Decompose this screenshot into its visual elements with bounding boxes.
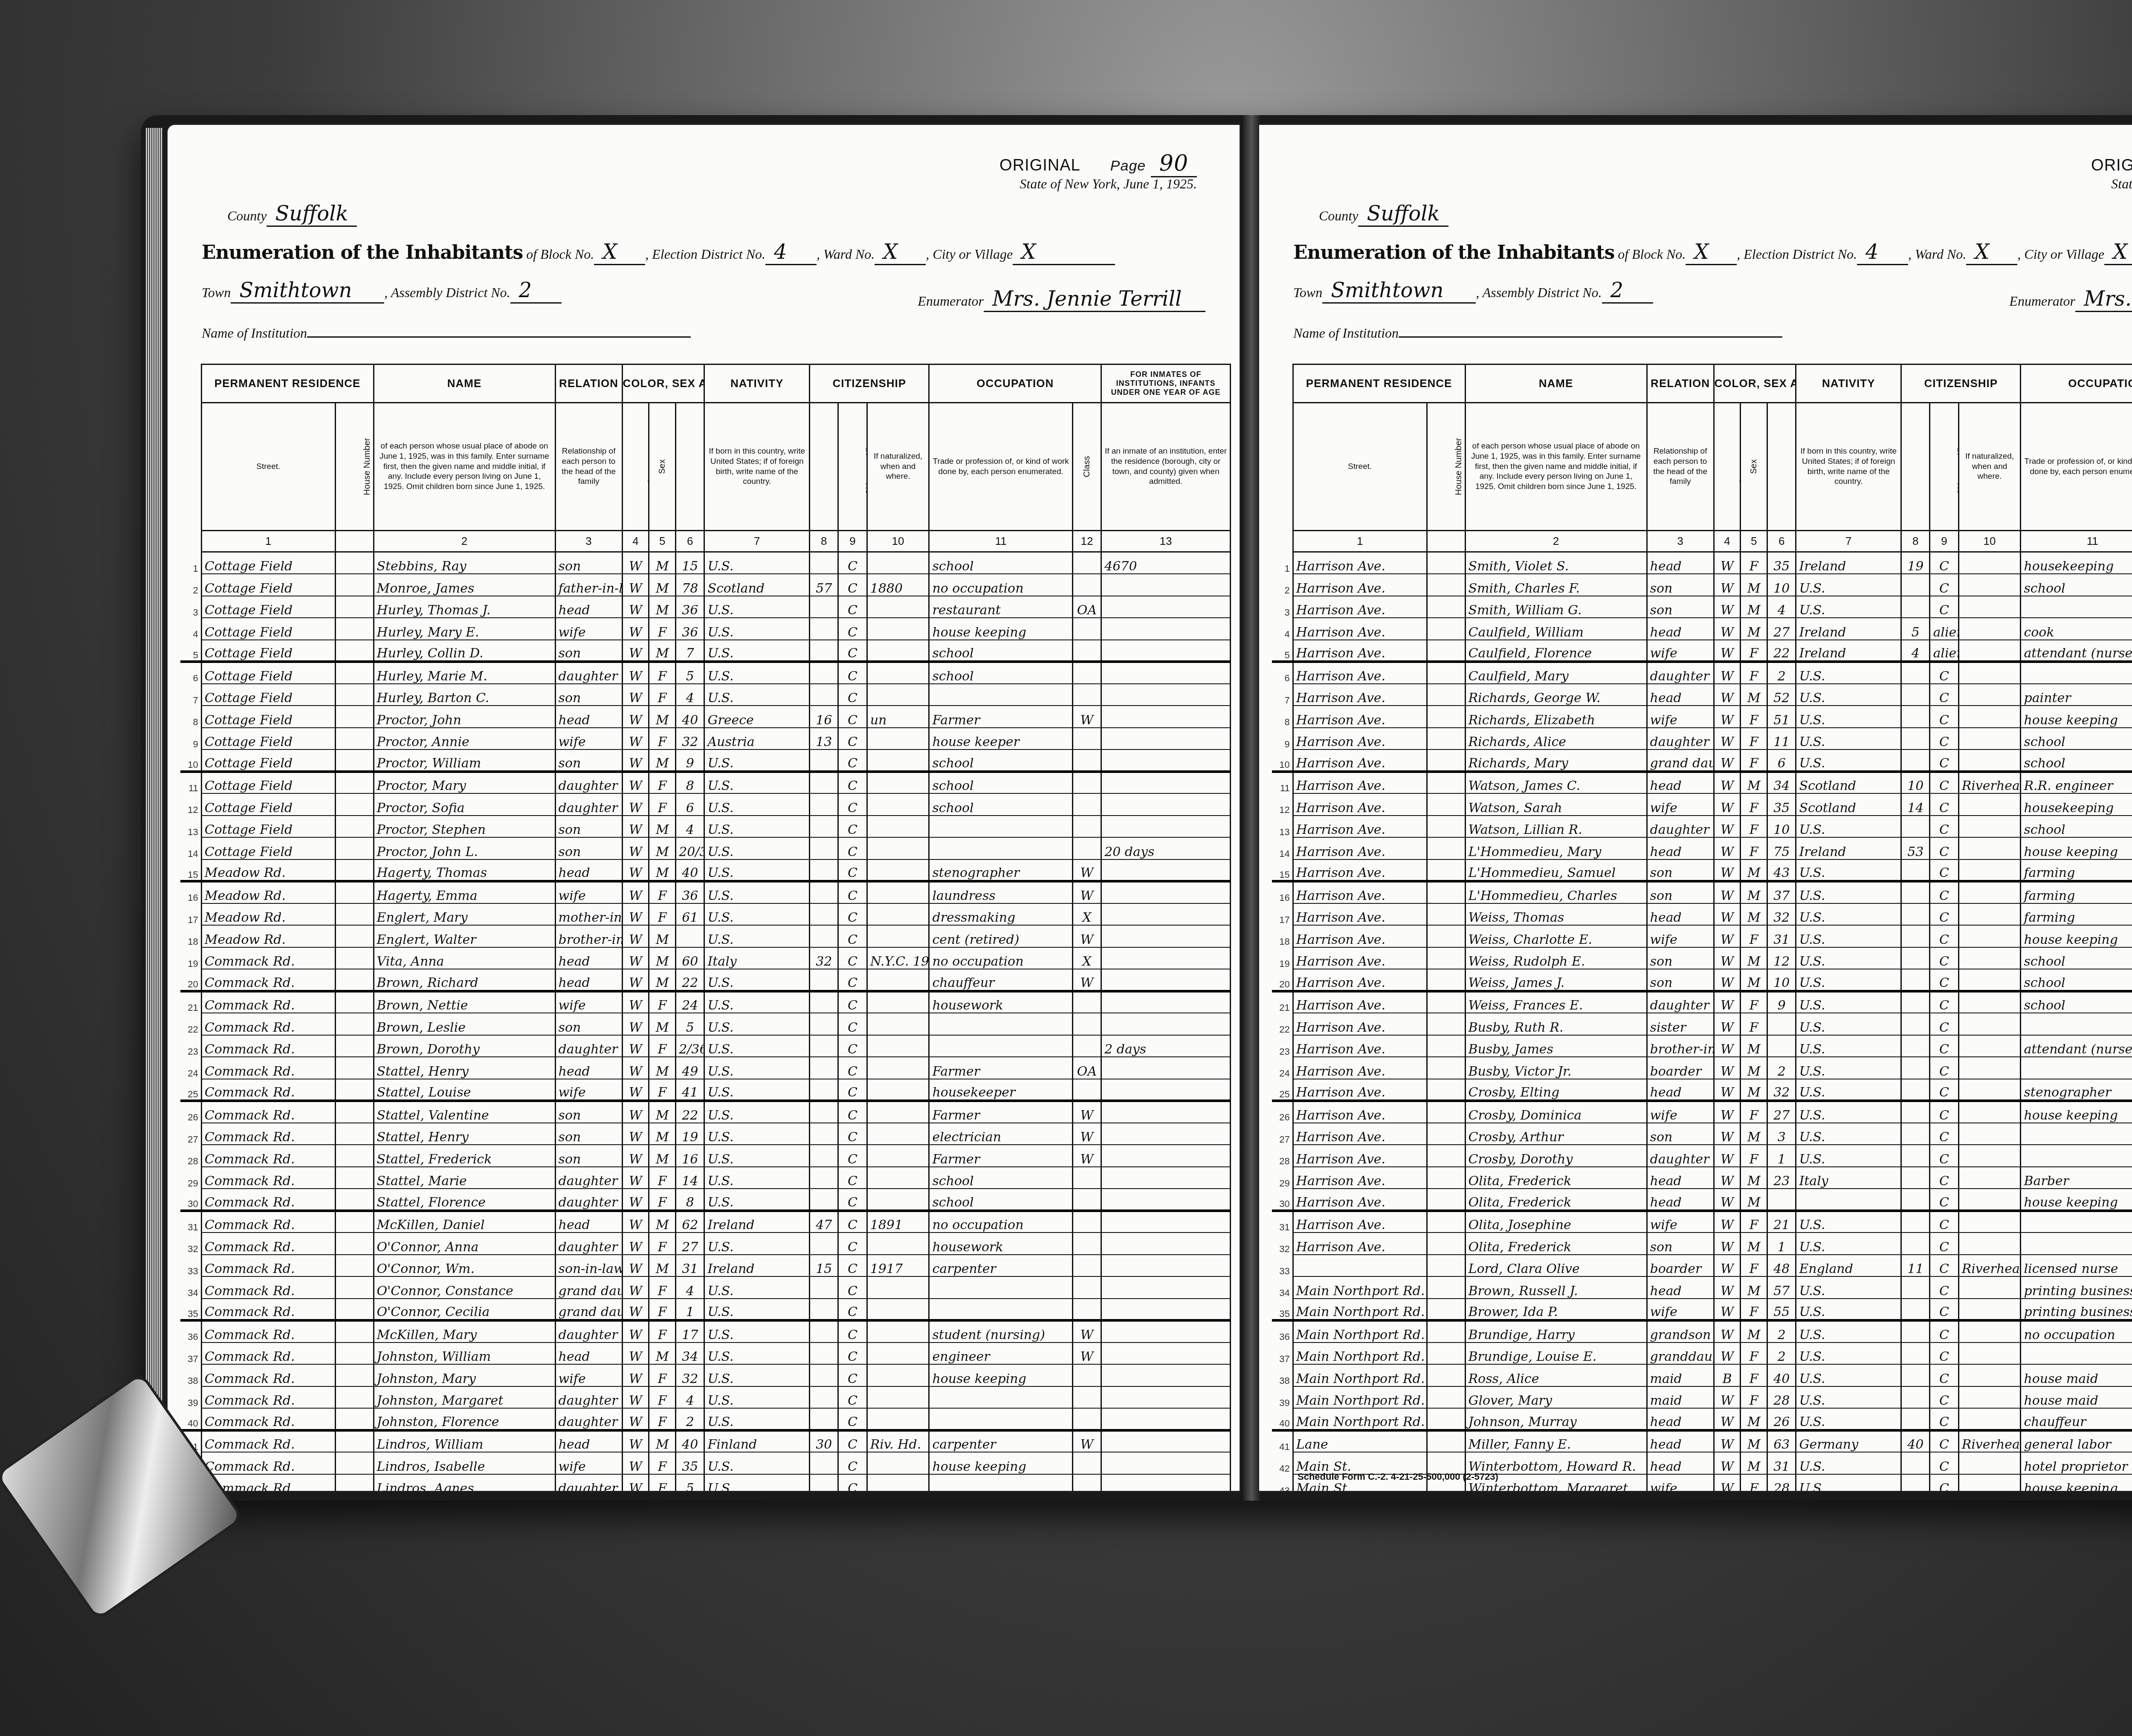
cell-nat-when [867,728,929,750]
cell-color: W [622,1299,649,1321]
cell-house [335,749,374,772]
cell-cit: C [1930,1343,1958,1365]
cell-yrs [810,1364,838,1386]
cell-cls [1072,1189,1101,1211]
census-row: 3Harrison Ave.Smith, William G.sonWM4U.S… [1272,596,2132,618]
cell-sex: M [1741,1057,1767,1079]
cell-street: Cottage Field [201,684,335,706]
cell-house [335,1474,374,1493]
cell-occ: Farmer [929,1057,1072,1079]
cell-age: 75 [1767,837,1796,859]
cell-nat: U.S. [1796,1233,1901,1255]
cell-cit: C [1930,969,1958,991]
cell-rel: wife [555,991,622,1013]
cell-nat-when [1958,859,2021,882]
cell-yrs: 14 [1901,793,1930,816]
cell-sex: F [1741,1299,1767,1321]
cell-age: 2/365 [676,1035,704,1057]
cell-yrs [1901,1057,1930,1079]
cell-name: Caulfield, Mary [1465,662,1647,684]
cell-age [1767,1035,1796,1057]
cell-color: B [1714,1364,1741,1386]
cell-occ: school [929,749,1072,772]
cell-color: W [1714,1430,1741,1452]
cell-rel: boarder [1647,1255,1714,1277]
cell-house [335,662,374,684]
column-number: 13 [1101,531,1231,552]
cell-street: Main Northport Rd. [1293,1408,1427,1430]
cell-sex: M [1741,1320,1767,1343]
line-number: 24 [180,1057,201,1079]
line-number: 6 [180,662,201,684]
cell-nat-when [867,1299,929,1321]
cell-house [1427,596,1465,618]
census-row: 42Commack Rd.Lindros, IsabellewifeWF35U.… [180,1452,1231,1474]
line-number: 29 [180,1167,201,1189]
cell-sex: F [1741,706,1767,728]
cell-color: W [1714,793,1741,816]
cell-yrs [810,684,838,706]
cell-sex: M [649,640,676,662]
cell-color: W [1714,1255,1741,1277]
col-sex: Sex [1741,403,1767,531]
census-row: 23Harrison Ave.Busby, Jamesbrother-in-la… [1272,1035,2132,1057]
cell-name: Weiss, Rudolph E. [1465,947,1647,969]
col-age: Age at last birthday [676,403,704,531]
cell-rel: daughter [1647,816,1714,838]
cell-age: 7 [676,640,704,662]
cell-cls [1072,793,1101,816]
cell-name: Glover, Mary [1465,1386,1647,1409]
cell-age: 49 [676,1057,704,1079]
cell-color: W [1714,596,1741,618]
cell-house [335,1343,374,1365]
cell-name: Lord, Clara Olive [1465,1255,1647,1277]
cell-street: Commack Rd. [201,1035,335,1057]
cell-yrs [1901,859,1930,882]
census-row: 12Harrison Ave.Watson, SarahwifeWF35Scot… [1272,793,2132,816]
cell-rel: son [1647,596,1714,618]
town-field: TownSmithtown, Assembly District No.2 [1293,278,1653,304]
cell-color: W [1714,1145,1741,1167]
cell-rel: son [555,1101,622,1123]
cell-name: Weiss, Charlotte E. [1465,925,1647,947]
cell-color: W [1714,662,1741,684]
cell-nat-when [1958,1299,2021,1321]
cell-rel: brother-in-law [1647,1035,1714,1057]
cell-cls [1072,772,1101,794]
cell-color: W [622,640,649,662]
cell-occ: school [929,1189,1072,1211]
cell-name: Proctor, John [374,706,555,728]
cell-age: 31 [676,1255,704,1277]
cell-occ [2021,1343,2132,1365]
cell-name: Watson, James C. [1465,772,1647,794]
cell-name: Richards, Elizabeth [1465,706,1647,728]
cell-occ: Farmer [929,1101,1072,1123]
cell-occ: school [929,640,1072,662]
census-row: 39Commack Rd.Johnston, MargaretdaughterW… [180,1386,1231,1409]
cell-cls [1072,574,1101,596]
cell-occ: school [2021,574,2132,596]
cell-age: 23 [1767,1167,1796,1189]
cell-street: Commack Rd. [201,947,335,969]
cell-name: Proctor, Mary [374,772,555,794]
cell-sex: F [649,1474,676,1493]
line-number: 17 [180,903,201,926]
column-number: 2 [1465,531,1647,552]
col-institution: FOR INMATES OF INSTITUTIONS, INFANTS UND… [1101,365,1231,403]
line-number: 8 [1272,706,1293,728]
cell-cls [1072,749,1101,772]
census-row: 11Harrison Ave.Watson, James C.headWM34S… [1272,772,2132,794]
line-number: 1 [1272,552,1293,574]
cell-yrs [810,1145,838,1167]
cell-occ: school [2021,991,2132,1013]
cell-sex: M [1741,772,1767,794]
cell-inst [1101,1189,1231,1211]
cell-inst [1101,1167,1231,1189]
cell-nat-when: Riv. Hd. [867,1430,929,1452]
cell-occ: housekeeping [2021,552,2132,574]
cell-age: 4 [676,1276,704,1299]
cell-street: Cottage Field [201,837,335,859]
cell-nat: U.S. [1796,1035,1901,1057]
cell-cit: C [1930,1474,1958,1493]
col-naturalized: If naturalized, when and where. [1958,403,2021,531]
cell-age: 6 [1767,749,1796,772]
cell-age: 8 [676,1189,704,1211]
cell-color: W [1714,1211,1741,1233]
cell-cit: C [838,925,867,947]
line-number: 35 [180,1299,201,1321]
right-page: ORIGINAL Page 91 State of New York, June… [1258,124,2132,1492]
cell-inst [1101,1233,1231,1255]
cell-name: Busby, Ruth R. [1465,1013,1647,1035]
cell-street: Harrison Ave. [1293,903,1427,926]
cell-occ: school [2021,947,2132,969]
cell-inst [1101,1474,1231,1493]
census-row: 8Cottage FieldProctor, JohnheadWM40Greec… [180,706,1231,728]
cell-nat-when [1958,1320,2021,1343]
line-number: 2 [1272,574,1293,596]
cell-nat-when: un [867,706,929,728]
cell-age: 63 [1767,1430,1796,1452]
cell-house [1427,925,1465,947]
cell-nat-when [1958,1145,2021,1167]
cell-cit: C [1930,903,1958,926]
cell-house [335,1035,374,1057]
cell-house [335,859,374,882]
enumeration-line: Enumeration of the Inhabitants of Block … [1293,240,2132,265]
cell-cit: C [838,1364,867,1386]
cell-yrs: 47 [810,1211,838,1233]
cell-street: Cottage Field [201,793,335,816]
cell-sex: M [1741,881,1767,903]
cell-street: Cottage Field [201,772,335,794]
cell-age: 35 [1767,552,1796,574]
cell-name: O'Connor, Wm. [374,1255,555,1277]
cell-nat: U.S. [1796,1057,1901,1079]
cell-sex: M [1741,969,1767,991]
cell-name: L'Hommedieu, Samuel [1465,859,1647,882]
cell-sex: M [1741,684,1767,706]
cell-cit: alien [1930,618,1958,640]
cell-inst: 20 days [1101,837,1231,859]
cell-street: Harrison Ave. [1293,837,1427,859]
col-relation: RELATION [1647,365,1714,403]
cell-yrs [1901,1299,1930,1321]
cell-color: W [622,574,649,596]
cell-sex: F [649,1408,676,1430]
cell-yrs [1901,881,1930,903]
cell-cit: C [838,1474,867,1493]
cell-rel: head [1647,1276,1714,1299]
cell-age: 9 [676,749,704,772]
cell-cit: C [1930,1123,1958,1145]
cell-occ [2021,1211,2132,1233]
cell-occ: chauffeur [2021,1408,2132,1430]
cell-nat-when [1958,1079,2021,1101]
cell-color: W [1714,684,1741,706]
census-row: 22Harrison Ave.Busby, Ruth R.sisterWFU.S… [1272,1013,2132,1035]
cell-occ: school [929,1167,1072,1189]
line-number: 25 [180,1079,201,1101]
cell-name: Busby, Victor Jr. [1465,1057,1647,1079]
cell-occ: school [929,552,1072,574]
cell-nat-when [867,969,929,991]
cell-inst [1101,1320,1231,1343]
cell-occ: carpenter [929,1430,1072,1452]
cell-yrs [1901,706,1930,728]
cell-cls [1072,1452,1101,1474]
cell-house [1427,1079,1465,1101]
census-row: 27Harrison Ave.Crosby, ArthursonWM3U.S.C [1272,1123,2132,1145]
cell-cit: C [1930,837,1958,859]
cell-occ [2021,596,2132,618]
cell-house [335,1057,374,1079]
cell-rel: boarder [1647,1057,1714,1079]
cell-age: 9 [1767,991,1796,1013]
cell-nat: U.S. [704,859,810,882]
cell-street: Commack Rd. [201,1211,335,1233]
line-number: 33 [1272,1255,1293,1277]
line-number: 16 [180,881,201,903]
cell-occ [2021,1145,2132,1167]
census-row: 4Harrison Ave.Caulfield, WilliamheadWM27… [1272,618,2132,640]
cell-house [1427,1430,1465,1452]
cell-yrs [1901,1233,1930,1255]
cell-nat: Ireland [1796,837,1901,859]
cell-house [335,1452,374,1474]
cell-yrs [810,1035,838,1057]
cell-nat: U.S. [704,1057,810,1079]
cell-rel: head [1647,903,1714,926]
cell-color: W [1714,1233,1741,1255]
cell-nat-when [867,618,929,640]
cell-yrs: 30 [810,1430,838,1452]
cell-nat-when [1958,662,2021,684]
cell-color: W [622,596,649,618]
cell-yrs [1901,947,1930,969]
cell-name: Hurley, Thomas J. [374,596,555,618]
book-edge-left [146,128,163,1484]
cell-nat: U.S. [1796,991,1901,1013]
cell-cls: W [1072,706,1101,728]
cell-yrs [1901,684,1930,706]
cell-house [335,1255,374,1277]
census-rows-left: 1Cottage FieldStebbins, RaysonWM15U.S.Cs… [180,552,1231,1493]
cell-occ: housekeeper [929,1079,1072,1101]
line-number: 15 [180,859,201,882]
cell-inst [1101,1430,1231,1452]
cell-rel: head [555,947,622,969]
cell-name: Olita, Frederick [1465,1167,1647,1189]
cell-occ: stenographer [929,859,1072,882]
cell-cit: C [838,969,867,991]
cell-sex: F [649,1276,676,1299]
line-number: 34 [1272,1276,1293,1299]
cell-cls: W [1072,1101,1101,1123]
line-number: 38 [1272,1364,1293,1386]
cell-age: 4 [676,684,704,706]
cell-street: Commack Rd. [201,1430,335,1452]
census-row: 26Commack Rd.Stattel, ValentinesonWM22U.… [180,1101,1231,1123]
cell-house [335,684,374,706]
cell-sex: F [1741,749,1767,772]
col-institution-desc: If an inmate of an institution, enter th… [1101,403,1231,531]
cell-color: W [622,1079,649,1101]
line-number: 36 [1272,1320,1293,1343]
cell-yrs [1901,1079,1930,1101]
cell-nat: U.S. [704,1189,810,1211]
cell-nat-when [1958,925,2021,947]
line-number: 1 [180,552,201,574]
cell-nat-when [1958,749,2021,772]
cell-name: Richards, George W. [1465,684,1647,706]
cell-nat-when [867,816,929,838]
cell-cls [1072,1035,1101,1057]
cell-nat: U.S. [1796,1452,1901,1474]
cell-age: 28 [1767,1386,1796,1409]
cell-age: 2 [1767,1343,1796,1365]
cell-street: Harrison Ave. [1293,793,1427,816]
cell-cls: W [1072,1145,1101,1167]
cell-nat: U.S. [704,618,810,640]
cell-house [335,728,374,750]
cell-color: W [622,837,649,859]
cell-yrs [810,969,838,991]
cell-sex: M [649,859,676,882]
cell-cit: C [1930,1145,1958,1167]
cell-name: Brundige, Louise E. [1465,1343,1647,1365]
cell-color: W [622,947,649,969]
cell-age: 3 [1767,1123,1796,1145]
cell-nat: Greece [704,706,810,728]
cell-house [1427,1408,1465,1430]
cell-yrs: 16 [810,706,838,728]
cell-nat-when [867,1035,929,1057]
cell-inst: 2 days [1101,1035,1231,1057]
cell-cit: C [1930,947,1958,969]
cell-yrs [1901,1211,1930,1233]
cell-name: Watson, Lillian R. [1465,816,1647,838]
cell-name: Hurley, Collin D. [374,640,555,662]
cell-age: 14 [676,1167,704,1189]
cell-nat: U.S. [704,596,810,618]
cell-nat-when [1958,1101,2021,1123]
cell-rel: daughter [1647,1145,1714,1167]
census-row: 24Commack Rd.Stattel, HenryheadWM49U.S.C… [180,1057,1231,1079]
cell-yrs [810,1276,838,1299]
cell-sex: F [649,1167,676,1189]
cell-yrs [1901,969,1930,991]
cell-inst [1101,859,1231,882]
line-number: 32 [180,1233,201,1255]
line-number: 13 [1272,816,1293,838]
census-row: 35Commack Rd.O'Connor, Ceciliagrand daug… [180,1299,1231,1321]
cell-street: Cottage Field [201,816,335,838]
cell-color: W [1714,969,1741,991]
cell-color: W [622,1145,649,1167]
census-row: 19Commack Rd.Vita, AnnaheadWM60Italy32CN… [180,947,1231,969]
cell-cit: C [838,1386,867,1409]
cell-color: W [1714,1474,1741,1493]
cell-street: Harrison Ave. [1293,1167,1427,1189]
cell-house [335,1101,374,1123]
line-number: 42 [1272,1452,1293,1474]
cell-yrs [810,1452,838,1474]
census-row: 29Harrison Ave.Olita, FrederickheadWM23I… [1272,1167,2132,1189]
cell-cit: C [1930,925,1958,947]
line-number: 30 [180,1189,201,1211]
cell-nat-when [867,859,929,882]
line-number: 9 [180,728,201,750]
cell-cit: C [838,1167,867,1189]
cell-age: 2 [1767,1057,1796,1079]
cell-nat-when [1958,1013,2021,1035]
cell-street: Harrison Ave. [1293,1189,1427,1211]
census-row: 38Main Northport Rd.Ross, AlicemaidBF40U… [1272,1364,2132,1386]
cell-cit: C [1930,684,1958,706]
cell-age: 57 [1767,1276,1796,1299]
cell-sex: F [1741,1211,1767,1233]
cell-rel: grandson [1647,1320,1714,1343]
cell-age: 21 [1767,1211,1796,1233]
cell-street: Harrison Ave. [1293,1101,1427,1123]
cell-nat: Ireland [704,1255,810,1277]
cell-house [1427,574,1465,596]
cell-rel: head [1647,837,1714,859]
cell-occ [2021,1123,2132,1145]
cell-cls: OA [1072,1057,1101,1079]
cell-color: W [1714,618,1741,640]
cell-rel: wife [1647,793,1714,816]
cell-age: 36 [676,881,704,903]
enumerator-field: EnumeratorMrs. Jennie Terrill [2009,287,2132,312]
line-number: 41 [1272,1430,1293,1452]
cell-rel: son [555,1013,622,1035]
cell-occ: house maid [2021,1364,2132,1386]
cell-house [1427,1145,1465,1167]
census-row: 23Commack Rd.Brown, DorothydaughterWF2/3… [180,1035,1231,1057]
cell-cit: C [1930,1320,1958,1343]
cell-yrs [810,618,838,640]
cell-nat [1796,1189,1901,1211]
enumerator-field: EnumeratorMrs. Jennie Terrill [918,287,1205,312]
cell-name: Richards, Alice [1465,728,1647,750]
town-field: TownSmithtown, Assembly District No.2 [202,278,562,304]
